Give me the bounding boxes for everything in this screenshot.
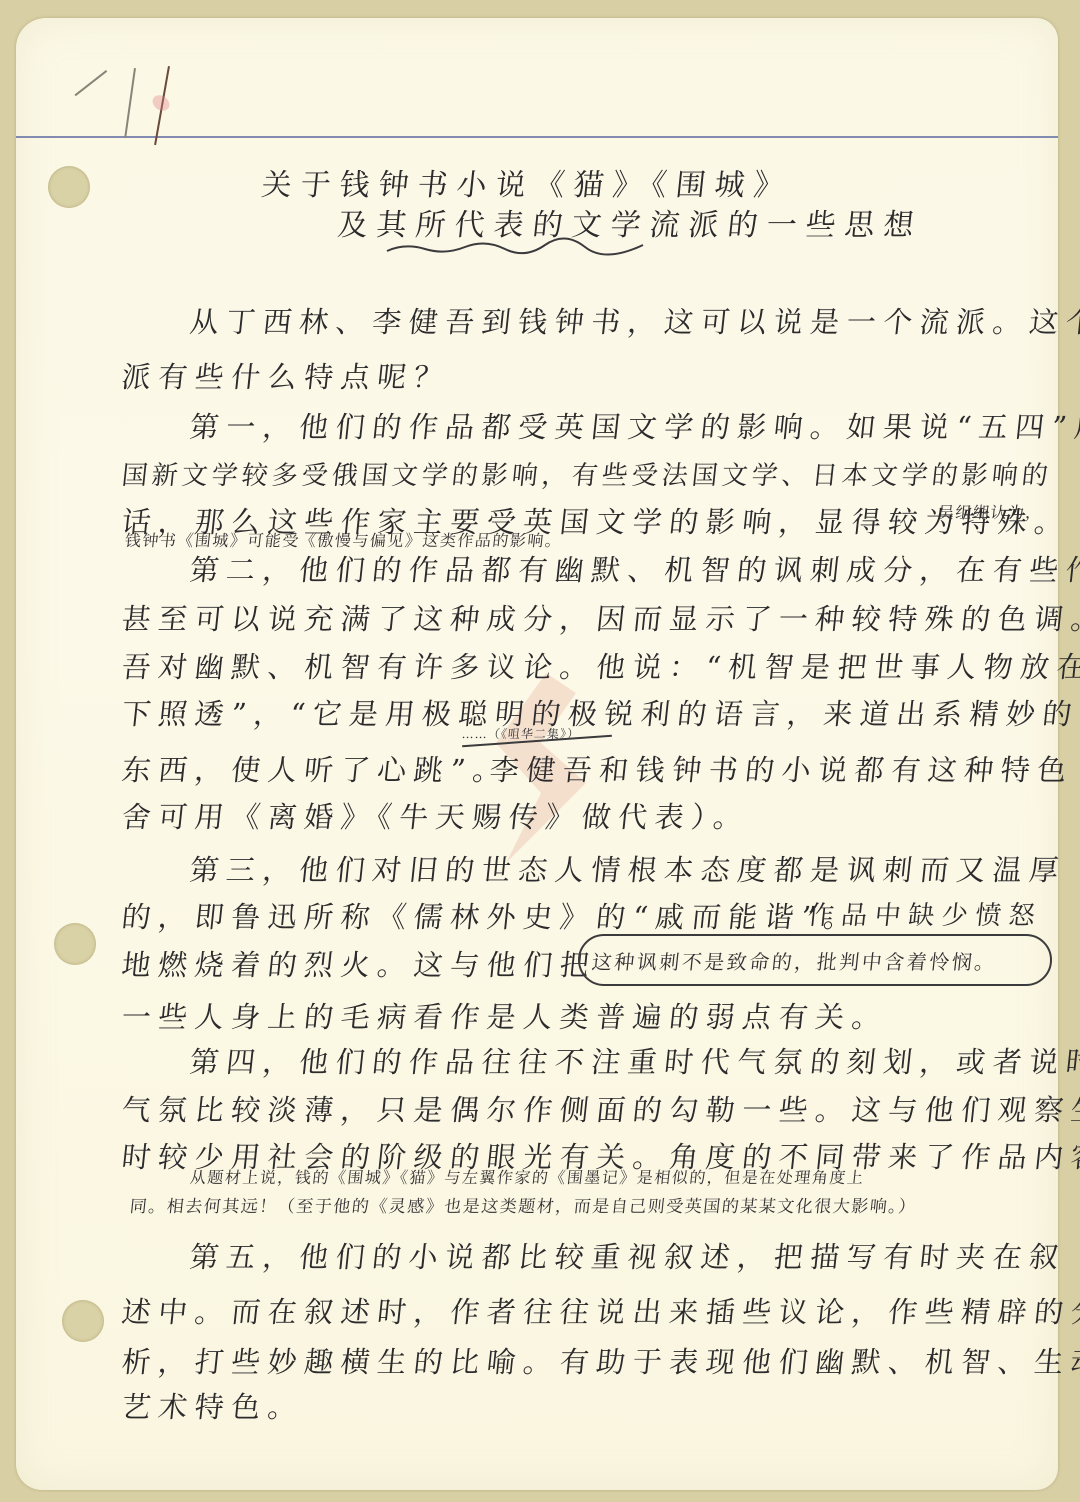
paragraph-4-line-3: 地燃烧着的烈火。这与他们把: [120, 943, 599, 984]
blue-rule-line: [16, 136, 1058, 138]
paragraph-6-line-4: 艺术特色。: [120, 1385, 307, 1426]
paragraph-5-line-1: 第四，他们的作品往往不注重时代气氛的刻划，或者说时代: [188, 1040, 1080, 1081]
title-wavy-underline: [385, 237, 645, 257]
paragraph-1-line-2: 派有些什么特点呢？: [120, 355, 453, 396]
paragraph-6-line-2: 述中。而在叙述时，作者往往说出来插些议论，作些精辟的分: [120, 1290, 1080, 1331]
paragraph-5-line-4: 同。相去何其远！（至于他的《灵感》也是这类题材，而是自己则受英国的某某文化很大影…: [129, 1192, 919, 1217]
paragraph-4-line-4: 一些人身上的毛病看作是人类普遍的弱点有关。: [120, 995, 891, 1036]
paragraph-3-line-6: 舍可用《离婚》《牛天赐传》做代表）。: [120, 795, 752, 836]
pencil-mark: [124, 68, 135, 138]
paragraph-3-insertion: 李健吾和钱钟书的小说都有这种特色（老: [488, 748, 1080, 789]
margin-note-wu-zuxiang: 吴组缃认为，: [937, 500, 1044, 523]
paragraph-3-line-4: 下照透”，“它是用极聪明的极锐利的语言，来道出系精妙的: [120, 692, 1080, 733]
punch-hole-middle: [54, 923, 96, 965]
red-ink-smudge: [150, 92, 173, 114]
paragraph-1-line-1: 从丁西林、李健吾到钱钟书，这可以说是一个流派。这个流: [188, 300, 1080, 341]
paragraph-4-line-1: 第三，他们对旧的世态人情根本态度都是讽刺而又温厚: [188, 848, 1068, 889]
paragraph-2-line-2: 国新文学较多受俄国文学的影响，有些受法国文学、日本文学的影响的: [120, 455, 1054, 492]
paragraph-3-line-2: 甚至可以说充满了这种成分，因而显示了一种较特殊的色调。李健: [120, 597, 1080, 638]
punch-hole-bottom: [62, 1300, 104, 1342]
paragraph-6-line-1: 第五，他们的小说都比较重视叙述，把描写有时夹在叙: [188, 1235, 1068, 1276]
manuscript-title-line-1: 关于钱钟书小说《猫》《围城》: [260, 160, 796, 204]
paragraph-5-line-2: 气氛比较淡薄，只是偶尔作侧面的勾勒一些。这与他们观察生活: [120, 1088, 1080, 1129]
annotation-subject-matter: 从题材上说，钱的《围城》《猫》与左翼作家的《围墨记》是相似的，但是在处理角度上: [189, 1165, 866, 1188]
circled-note-satire-not-fatal: 这种讽刺不是致命的，批判中含着怜悯。: [590, 946, 998, 975]
punch-hole-top: [48, 166, 90, 208]
paragraph-4-line-2: 的，即鲁迅所称《儒林外史》的“戚而能谐”。: [120, 895, 862, 936]
brace-note-lacking-anger: 作品中缺少愤怒: [806, 895, 1044, 932]
paragraph-3-line-1: 第二，他们的作品都有幽默、机智的讽刺成分，在有些作品中: [188, 548, 1080, 589]
paragraph-3-line-3: 吾对幽默、机智有许多议论。他说：“机智是把世事人物放在X光线: [120, 645, 1080, 686]
pencil-mark: [74, 70, 106, 96]
paragraph-2-line-1: 第一，他们的作品都受英国文学的影响。如果说“五四”后的中: [188, 405, 1080, 446]
paragraph-6-line-3: 析，打些妙趣横生的比喻。有助于表现他们幽默、机智、生动的: [120, 1340, 1080, 1381]
paragraph-3-line-5: 东西，使人听了心跳”。: [120, 748, 512, 789]
